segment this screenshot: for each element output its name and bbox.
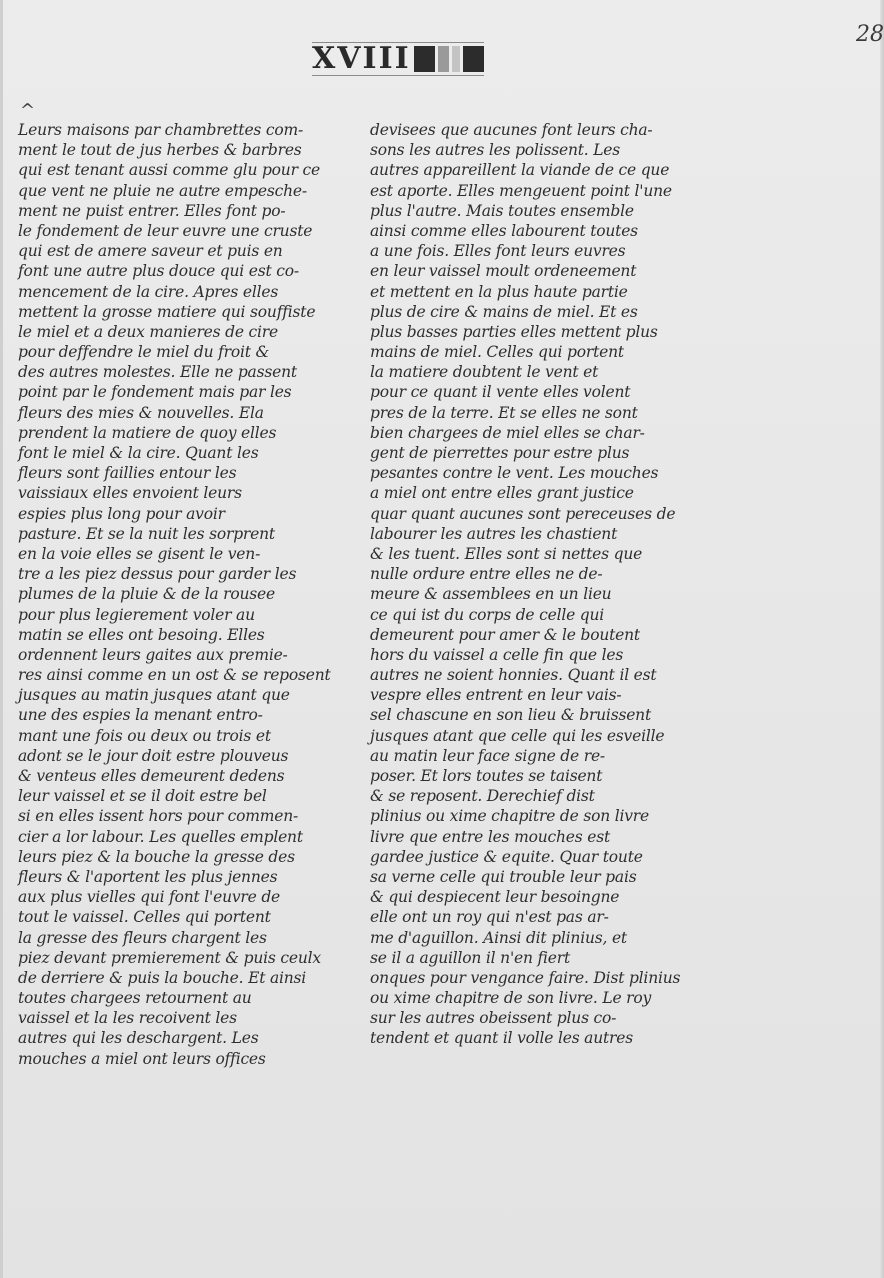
text-line: vaissel et la les recoivent les — [18, 1008, 353, 1028]
text-line: quar quant aucunes sont pereceuses de — [370, 504, 710, 524]
text-line: sur les autres obeissent plus co- — [370, 1008, 710, 1028]
page-left-edge — [0, 0, 3, 1278]
text-line: sa verne celle qui trouble leur pais — [370, 867, 710, 887]
text-line: espies plus long pour avoir — [18, 504, 353, 524]
text-line: autres qui les deschargent. Les — [18, 1028, 353, 1048]
text-line: & venteus elles demeurent dedens — [18, 766, 353, 786]
text-line: nulle ordure entre elles ne de- — [370, 564, 710, 584]
text-line: pres de la terre. Et se elles ne sont — [370, 403, 710, 423]
text-line: & les tuent. Elles sont si nettes que — [370, 544, 710, 564]
text-line: que vent ne pluie ne autre empesche- — [18, 181, 353, 201]
text-line: ou xime chapitre de son livre. Le roy — [370, 988, 710, 1008]
text-line: fleurs sont faillies entour les — [18, 463, 353, 483]
heading-decoration-block — [438, 46, 449, 72]
manuscript-page: 28 XVIII ^ Leurs maisons par chambrettes… — [0, 0, 884, 1278]
text-line: livre que entre les mouches est — [370, 827, 710, 847]
heading-decoration-block — [414, 46, 435, 72]
text-line: pasture. Et se la nuit les sorprent — [18, 524, 353, 544]
text-line: se il a aguillon il n'en fiert — [370, 948, 710, 968]
text-line: pesantes contre le vent. Les mouches — [370, 463, 710, 483]
text-line: hors du vaissel a celle fin que les — [370, 645, 710, 665]
text-line: jusques au matin jusques atant que — [18, 685, 353, 705]
text-line: me d'aguillon. Ainsi dit plinius, et — [370, 928, 710, 948]
text-line: jusques atant que celle qui les esveille — [370, 726, 710, 746]
text-line: plumes de la pluie & de la rousee — [18, 584, 353, 604]
text-line: le miel et a deux manieres de cire — [18, 322, 353, 342]
text-line: de derriere & puis la bouche. Et ainsi — [18, 968, 353, 988]
text-line: en la voie elles se gisent le ven- — [18, 544, 353, 564]
text-line: tendent et quant il volle les autres — [370, 1028, 710, 1048]
text-line: poser. Et lors toutes se taisent — [370, 766, 710, 786]
text-line: sel chascune en son lieu & bruissent — [370, 705, 710, 725]
text-line: aux plus vielles qui font l'euvre de — [18, 887, 353, 907]
heading-decoration-block — [452, 46, 460, 72]
text-line: elle ont un roy qui n'est pas ar- — [370, 907, 710, 927]
text-line: ordennent leurs gaites aux premie- — [18, 645, 353, 665]
text-line: plus de cire & mains de miel. Et es — [370, 302, 710, 322]
text-line: leurs piez & la bouche la gresse des — [18, 847, 353, 867]
text-line: autres ne soient honnies. Quant il est — [370, 665, 710, 685]
text-line: gardee justice & equite. Quar toute — [370, 847, 710, 867]
text-line: gent de pierrettes pour estre plus — [370, 443, 710, 463]
text-line: si en elles issent hors pour commen- — [18, 806, 353, 826]
text-line: matin se elles ont besoing. Elles — [18, 625, 353, 645]
paragraph-mark: ^ — [20, 100, 35, 121]
text-line: plus l'autre. Mais toutes ensemble — [370, 201, 710, 221]
text-line: ainsi comme elles labourent toutes — [370, 221, 710, 241]
text-line: au matin leur face signe de re- — [370, 746, 710, 766]
text-line: vaissiaux elles envoient leurs — [18, 483, 353, 503]
text-line: font le miel & la cire. Quant les — [18, 443, 353, 463]
text-line: vespre elles entrent en leur vais- — [370, 685, 710, 705]
text-line: toutes chargees retournent au — [18, 988, 353, 1008]
text-line: piez devant premierement & puis ceulx — [18, 948, 353, 968]
text-line: tout le vaissel. Celles qui portent — [18, 907, 353, 927]
text-line: qui est tenant aussi comme glu pour ce — [18, 160, 353, 180]
text-column-right: devisees que aucunes font leurs cha-sons… — [370, 120, 710, 1049]
text-line: des autres molestes. Elle ne passent — [18, 362, 353, 382]
text-line: une des espies la menant entro- — [18, 705, 353, 725]
text-line: qui est de amere saveur et puis en — [18, 241, 353, 261]
text-line: autres appareillent la viande de ce que — [370, 160, 710, 180]
text-line: a une fois. Elles font leurs euvres — [370, 241, 710, 261]
text-line: & se reposent. Derechief dist — [370, 786, 710, 806]
text-line: la gresse des fleurs chargent les — [18, 928, 353, 948]
text-line: meure & assemblees en un lieu — [370, 584, 710, 604]
text-line: onques pour vengance faire. Dist plinius — [370, 968, 710, 988]
text-line: le fondement de leur euvre une cruste — [18, 221, 353, 241]
text-line: demeurent pour amer & le boutent — [370, 625, 710, 645]
text-line: leur vaissel et se il doit estre bel — [18, 786, 353, 806]
text-line: prendent la matiere de quoy elles — [18, 423, 353, 443]
text-line: res ainsi comme en un ost & se reposent — [18, 665, 353, 685]
text-line: devisees que aucunes font leurs cha- — [370, 120, 710, 140]
text-line: la matiere doubtent le vent et — [370, 362, 710, 382]
chapter-heading: XVIII — [312, 42, 484, 76]
text-line: est aporte. Elles mengeuent point l'une — [370, 181, 710, 201]
text-line: point par le fondement mais par les — [18, 382, 353, 402]
text-line: ce qui ist du corps de celle qui — [370, 605, 710, 625]
text-line: plus basses parties elles mettent plus — [370, 322, 710, 342]
chapter-roman-numeral: XVIII — [312, 44, 411, 74]
text-line: mant une fois ou deux ou trois et — [18, 726, 353, 746]
page-right-edge — [880, 0, 884, 1278]
text-line: ment le tout de jus herbes & barbres — [18, 140, 353, 160]
text-line: mouches a miel ont leurs offices — [18, 1049, 353, 1069]
heading-decoration-block — [463, 46, 484, 72]
text-line: tre a les piez dessus pour garder les — [18, 564, 353, 584]
text-line: en leur vaissel moult ordeneement — [370, 261, 710, 281]
text-line: a miel ont entre elles grant justice — [370, 483, 710, 503]
text-line: sons les autres les polissent. Les — [370, 140, 710, 160]
text-line: plinius ou xime chapitre de son livre — [370, 806, 710, 826]
text-line: labourer les autres les chastient — [370, 524, 710, 544]
text-line: pour plus legierement voler au — [18, 605, 353, 625]
text-line: pour ce quant il vente elles volent — [370, 382, 710, 402]
text-line: & qui despiecent leur besoingne — [370, 887, 710, 907]
text-line: mettent la grosse matiere qui souffiste — [18, 302, 353, 322]
text-line: adont se le jour doit estre plouveus — [18, 746, 353, 766]
text-line: et mettent en la plus haute partie — [370, 282, 710, 302]
text-line: mencement de la cire. Apres elles — [18, 282, 353, 302]
text-line: ment ne puist entrer. Elles font po- — [18, 201, 353, 221]
text-line: fleurs & l'aportent les plus jennes — [18, 867, 353, 887]
folio-number: 28 — [856, 22, 884, 47]
text-line: bien chargees de miel elles se char- — [370, 423, 710, 443]
text-line: cier a lor labour. Les quelles emplent — [18, 827, 353, 847]
text-line: font une autre plus douce qui est co- — [18, 261, 353, 281]
text-line: mains de miel. Celles qui portent — [370, 342, 710, 362]
text-line: fleurs des mies & nouvelles. Ela — [18, 403, 353, 423]
text-line: Leurs maisons par chambrettes com- — [18, 120, 353, 140]
text-line: pour deffendre le miel du froit & — [18, 342, 353, 362]
text-column-left: Leurs maisons par chambrettes com-ment l… — [18, 120, 353, 1069]
